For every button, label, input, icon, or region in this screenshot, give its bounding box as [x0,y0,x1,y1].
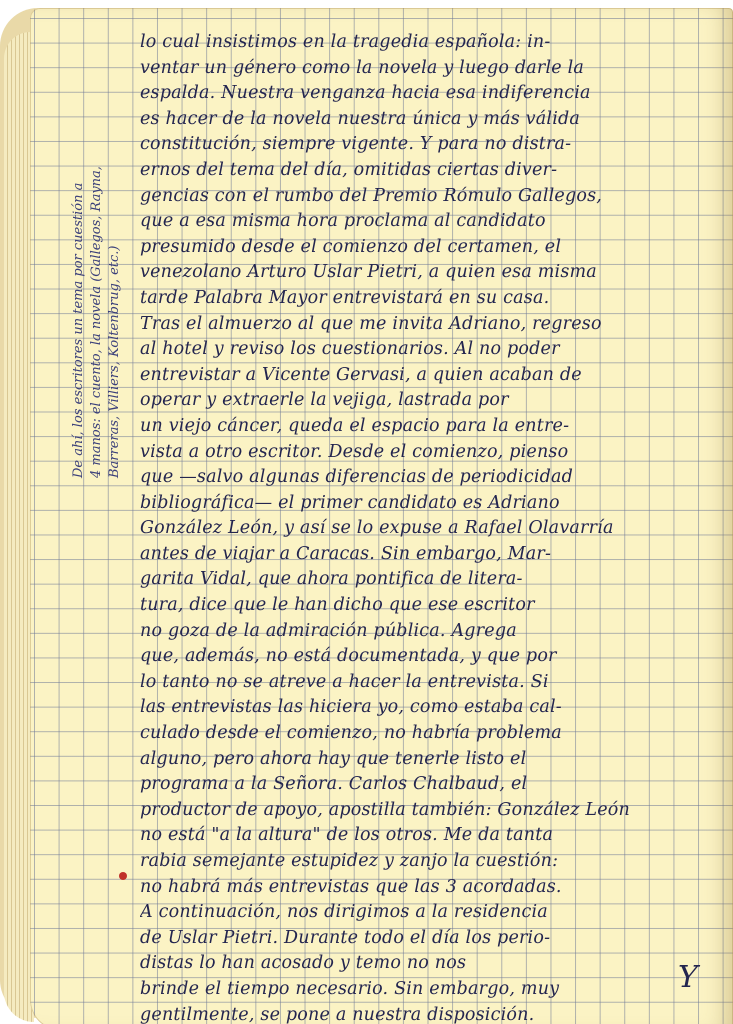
text-line: lo cual insistimos en la tragedia españo… [140,30,720,56]
text-line: de Uslar Pietri. Durante todo el día los… [140,926,720,952]
text-line: al hotel y reviso los cuestionarios. Al … [140,337,720,363]
margin-note-line: De ahí, los escritores un tema por cuest… [70,48,88,478]
text-line: González León, y así se lo expuse a Rafa… [140,516,720,542]
text-line: que, además, no está documentada, y que … [140,644,720,670]
text-line: distas lo han acosado y temo no nos [140,951,720,977]
text-line: un viejo cáncer, queda el espacio para l… [140,414,720,440]
text-line: ventar un género como la novela y luego … [140,56,720,82]
text-line: que a esa misma hora proclama al candida… [140,209,720,235]
text-line: A continuación, nos dirigimos a la resid… [140,900,720,926]
text-line: brinde el tiempo necesario. Sin embargo,… [140,977,720,1003]
text-line: tarde Palabra Mayor entrevistará en su c… [140,286,720,312]
text-line: es hacer de la novela nuestra única y má… [140,107,720,133]
text-line: alguno, pero ahora hay que tenerle listo… [140,747,720,773]
text-line: gencias con el rumbo del Premio Rómulo G… [140,184,720,210]
text-line: productor de apoyo, apostilla también: G… [140,798,720,824]
text-line: bibliográfica— el primer candidato es Ad… [140,491,720,517]
text-line: las entrevistas las hiciera yo, como est… [140,695,720,721]
text-line: programa a la Señora. Carlos Chalbaud, e… [140,772,720,798]
text-line: culado desde el comienzo, no habría prob… [140,721,720,747]
text-line: entrevistar a Vicente Gervasi, a quien a… [140,363,720,389]
text-line: gentilmente, se pone a nuestra disposici… [140,1003,720,1024]
text-line: no está "a la altura" de los otros. Me d… [140,823,720,849]
text-line: presumido desde el comienzo del certamen… [140,235,720,261]
text-line: que —salvo algunas diferencias de period… [140,465,720,491]
text-line: constitución, siempre vigente. Y para no… [140,132,720,158]
margin-note-line: Barreras, Villiers, Koltenbrug, etc.) [106,48,124,478]
text-line: ernos del tema del día, omitidas ciertas… [140,158,720,184]
text-line: operar y extraerle la vejiga, lastrada p… [140,388,720,414]
text-line: lo tanto no se atreve a hacer la entrevi… [140,670,720,696]
text-line: antes de viajar a Caracas. Sin embargo, … [140,542,720,568]
red-bullet-marker [119,872,127,880]
text-line: tura, dice que le han dicho que ese escr… [140,593,720,619]
margin-note-line: 4 manos: el cuento, la novela (Gallegos,… [88,48,106,478]
text-line: garita Vidal, que ahora pontifica de lit… [140,567,720,593]
text-line: venezolano Arturo Uslar Pietri, a quien … [140,260,720,286]
text-line: rabia semejante estupidez y zanjo la cue… [140,849,720,875]
margin-note: De ahí, los escritores un tema por cuest… [70,48,140,478]
handwritten-body: lo cual insistimos en la tragedia españo… [140,30,720,1024]
text-line: vista a otro escritor. Desde el comienzo… [140,440,720,466]
text-line: espalda. Nuestra venganza hacia esa indi… [140,81,720,107]
text-line: no habrá más entrevistas que las 3 acord… [140,875,720,901]
text-line: Tras el almuerzo al que me invita Adrian… [140,312,720,338]
signature-mark: Y [678,960,698,995]
text-line: no goza de la admiración pública. Agrega [140,619,720,645]
